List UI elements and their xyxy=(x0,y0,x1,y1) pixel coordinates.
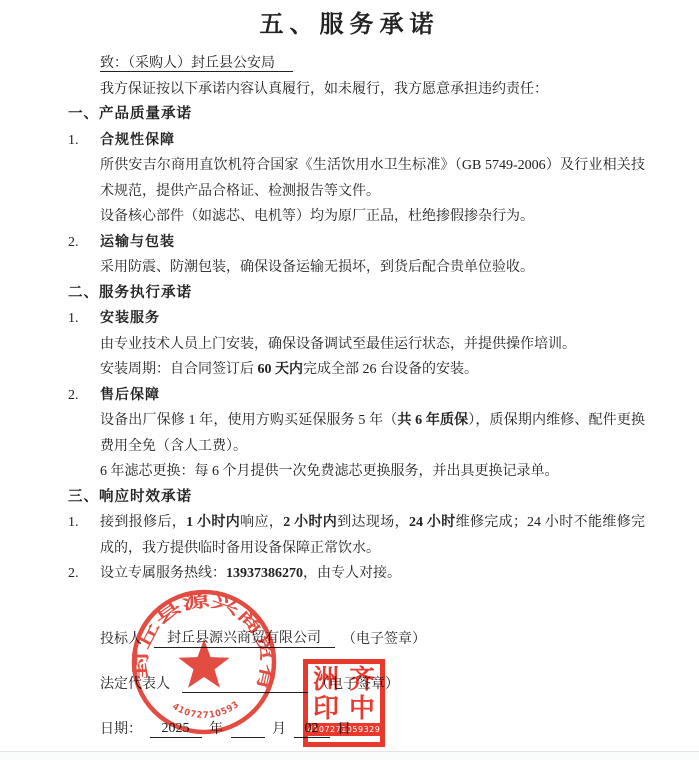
date-label: 日期： xyxy=(100,722,142,737)
text-segment: 接到报修后， xyxy=(100,515,186,530)
item-number: 2. xyxy=(68,230,79,256)
text-segment: 24 小时 xyxy=(409,515,456,530)
doc-section: 一、产品质量承诺 xyxy=(68,102,645,128)
doc-item: 2.运输与包装 xyxy=(100,230,645,256)
text-segment: 设备出厂保修 1 年，使用方购买延保服务 5 年（ xyxy=(100,413,397,428)
text-segment: 13937386270 xyxy=(226,566,303,581)
text-segment: 60 天内 xyxy=(258,362,304,377)
text-segment: 共 6 年质保 xyxy=(397,413,468,428)
item-number: 1. xyxy=(68,306,79,332)
seal-ring xyxy=(134,592,274,732)
bidder-line: 投标人 封丘县源兴商贸有限公司 （电子签章） xyxy=(100,627,426,648)
date-year-unit: 年 xyxy=(209,722,223,737)
item-number: 2. xyxy=(68,383,79,409)
doc-item: 2.设立专属服务热线：13937386270，由专人对接。 xyxy=(100,561,645,587)
text-segment: 我方保证按以下承诺内容认真履行，如未履行，我方愿意承担违约责任： xyxy=(100,82,548,97)
text-segment: 合规性保障 xyxy=(100,133,175,148)
legal-rep-signature-blank xyxy=(182,675,308,693)
text-segment: 完成全部 26 台设备的安装。 xyxy=(303,362,478,377)
text-segment: 设立专属服务热线： xyxy=(100,566,226,581)
doc-body: 致：（采购人）封丘县公安局我方保证按以下承诺内容认真履行，如未履行，我方愿意承担… xyxy=(68,46,645,587)
text-segment: 三、响应时效承诺 xyxy=(68,489,192,505)
text-segment: 由专业技术人员上门安装，确保设备调试至最佳运行状态，并提供操作培训。 xyxy=(100,337,576,352)
date-line: 日期： 2025 年 月 02 日 xyxy=(100,718,351,738)
esign-note: （电子签章） xyxy=(315,677,399,692)
text-segment: 二、服务执行承诺 xyxy=(68,285,192,301)
text-segment: 6 年滤芯更换：每 6 个月提供一次免费滤芯更换服务，并出具更换记录单。 xyxy=(100,464,559,479)
doc-body: 设备出厂保修 1 年，使用方购买延保服务 5 年（共 6 年质保），质保期内维修… xyxy=(100,408,645,459)
document-page: 五、服务承诺 致：（采购人）封丘县公安局我方保证按以下承诺内容认真履行，如未履行… xyxy=(0,0,699,760)
text-segment: 安装服务 xyxy=(100,311,160,326)
doc-body: 由专业技术人员上门安装，确保设备调试至最佳运行状态，并提供操作培训。 xyxy=(100,332,645,358)
bidder-name-underline: 封丘县源兴商贸有限公司 xyxy=(154,627,335,648)
date-month-blank xyxy=(231,720,265,738)
doc-item: 2.售后保障 xyxy=(100,383,645,409)
doc-item: 1.接到报修后，1 小时内响应，2 小时内到达现场，24 小时维修完成；24 小… xyxy=(100,510,645,561)
svg-text:4107271059327: 4107271059327 xyxy=(128,583,242,721)
text-segment: ，由专人对接。 xyxy=(303,566,401,581)
text-segment: 1 小时内 xyxy=(186,515,240,530)
seal-code-text: 4107271059327 xyxy=(128,583,242,721)
esign-note: （电子签章） xyxy=(342,632,426,647)
text-segment: 2 小时内 xyxy=(283,515,337,530)
item-number: 2. xyxy=(68,561,79,587)
item-number: 1. xyxy=(68,128,79,154)
legal-rep-label: 法定代表人 xyxy=(100,677,170,692)
text-segment: 所供安吉尔商用直饮机符合国家《生活饮用水卫生标准》（GB 5749-2006）及… xyxy=(100,158,645,199)
doc-item: 1.安装服务 xyxy=(100,306,645,332)
text-segment: 一、产品质量承诺 xyxy=(68,106,192,122)
doc-body: 安装周期：自合同签订后 60 天内完成全部 26 台设备的安装。 xyxy=(100,357,645,383)
date-day-unit: 日 xyxy=(337,722,351,737)
text-segment: 售后保障 xyxy=(100,388,160,403)
date-year: 2025 xyxy=(150,721,202,738)
bidder-label: 投标人 xyxy=(100,632,142,647)
doc-body: 6 年滤芯更换：每 6 个月提供一次免费滤芯更换服务，并出具更换记录单。 xyxy=(100,459,645,485)
doc-salutation: 致：（采购人）封丘县公安局 xyxy=(100,51,645,77)
date-day: 02 xyxy=(294,721,330,738)
text-segment: 设备核心部件（如滤芯、电机等）均为原厂正品，杜绝掺假掺杂行为。 xyxy=(100,209,534,224)
doc-body: 设备核心部件（如滤芯、电机等）均为原厂正品，杜绝掺假掺杂行为。 xyxy=(100,204,645,230)
text-segment: 响应， xyxy=(240,515,283,530)
doc-item: 1.合规性保障 xyxy=(100,128,645,154)
doc-section: 三、响应时效承诺 xyxy=(68,485,645,511)
item-number: 1. xyxy=(68,510,79,536)
legal-rep-line: 法定代表人 （电子签章） xyxy=(100,673,399,693)
text-segment: 采用防震、防潮包装，确保设备运输无损坏，到货后配合贵单位验收。 xyxy=(100,260,534,275)
text-segment: 安装周期：自合同签订后 xyxy=(100,362,258,377)
date-month-unit: 月 xyxy=(272,722,286,737)
doc-body: 采用防震、防潮包装，确保设备运输无损坏，到货后配合贵单位验收。 xyxy=(100,255,645,281)
text-segment: 运输与包装 xyxy=(100,235,175,250)
page-title: 五、服务承诺 xyxy=(0,4,699,39)
doc-body: 我方保证按以下承诺内容认真履行，如未履行，我方愿意承担违约责任： xyxy=(100,77,645,103)
doc-body: 所供安吉尔商用直饮机符合国家《生活饮用水卫生标准》（GB 5749-2006）及… xyxy=(100,153,645,204)
doc-section: 二、服务执行承诺 xyxy=(68,281,645,307)
page-bottom-edge xyxy=(0,751,699,760)
bidder-name: 封丘县源兴商贸有限公司 xyxy=(167,631,321,646)
text-segment: 到达现场， xyxy=(337,515,409,530)
text-segment: 致：（采购人）封丘县公安局 xyxy=(100,56,293,72)
